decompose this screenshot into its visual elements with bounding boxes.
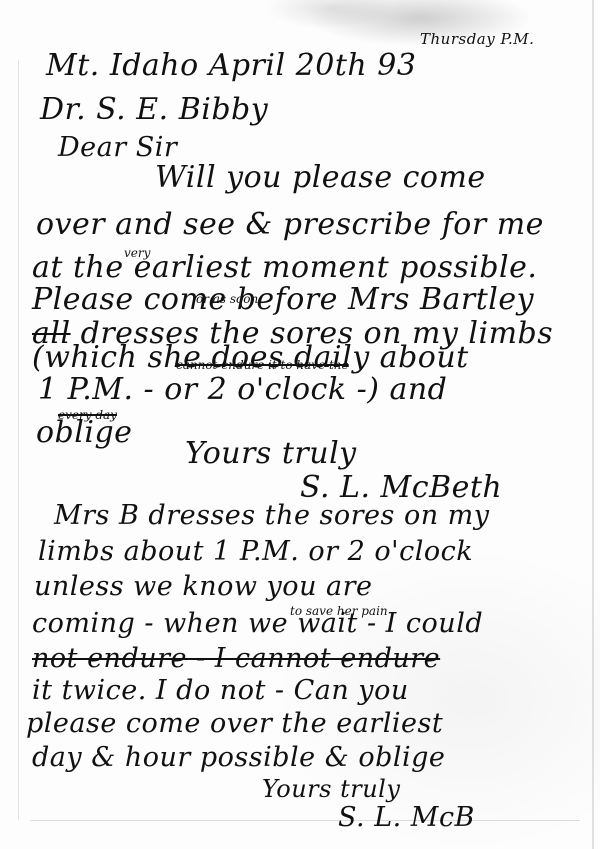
ps-line-8: day & hour possible & oblige <box>32 742 445 773</box>
ps-line-2: limbs about 1 P.M. or 2 o'clock <box>38 536 473 567</box>
ps-closing: Yours truly <box>262 775 400 803</box>
ps-line-5: not endure - I cannot endure <box>32 643 440 674</box>
letter-page: Thursday P.M. Mt. Idaho April 20th 93 Dr… <box>0 0 600 849</box>
body-line-2: over and see & prescribe for me <box>36 207 544 242</box>
ps-signature: S. L. McB <box>338 802 475 833</box>
ps-line-7: please come over the earliest <box>26 708 443 739</box>
body-line-8: oblige <box>36 415 132 450</box>
ps-line-6: it twice. I do not - Can you <box>32 675 409 706</box>
paper-fold-line <box>30 820 580 821</box>
paper-edge-right <box>592 0 594 849</box>
closing: Yours truly <box>185 436 357 471</box>
addressee: Dr. S. E. Bibby <box>40 92 268 127</box>
ps-line-3: unless we know you are <box>34 571 373 602</box>
body-line-3: at the earliest moment possible. <box>32 250 537 285</box>
ps-line-4: coming - when we wait - I could <box>32 608 483 639</box>
paper-edge-left <box>18 60 19 820</box>
ps-line-1: Mrs B dresses the sores on my <box>54 500 490 531</box>
corner-note: Thursday P.M. <box>420 30 534 48</box>
body-line-1: Will you please come <box>155 160 486 195</box>
body-line-4: Please come before Mrs Bartley <box>32 282 534 317</box>
salutation: Dear Sir <box>58 132 177 163</box>
dateline: Mt. Idaho April 20th 93 <box>46 48 416 83</box>
body-line-7: 1 P.M. - or 2 o'clock -) and <box>38 372 447 407</box>
insertion-cannot-endure: cannot endure it to have the <box>176 358 349 372</box>
